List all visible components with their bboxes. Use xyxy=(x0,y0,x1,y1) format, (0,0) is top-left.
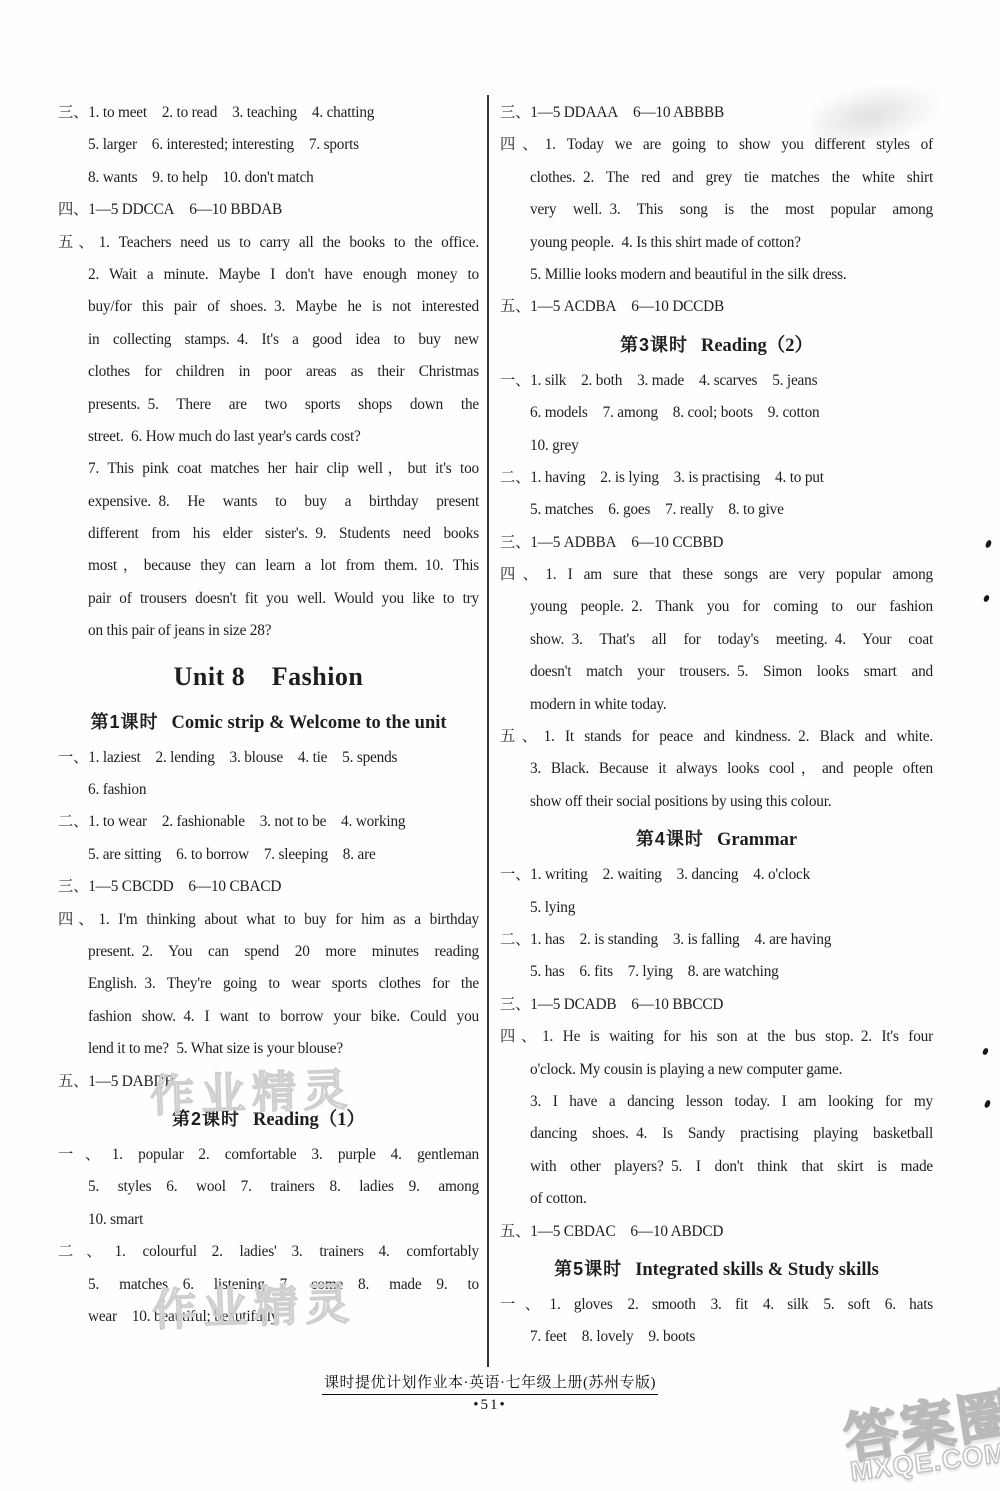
answer-line: 二、1. colourful 2. ladies' 3. trainers 4.… xyxy=(58,1236,479,1268)
scan-mark-artifact xyxy=(982,1047,989,1055)
answer-line: 6. models 7. among 8. cool; boots 9. cot… xyxy=(500,397,933,429)
answer-paragraph: 三、1—5 DDAAA 6—10 ABBBB xyxy=(500,97,933,129)
answer-line: o'clock. My cousin is playing a new comp… xyxy=(500,1054,933,1086)
answer-paragraph: 五、1—5 ACDBA 6—10 DCCDB xyxy=(500,291,933,323)
answer-line: 二、1. having 2. is lying 3. is practising… xyxy=(500,462,933,494)
answer-line: 五、1—5 CBDAC 6—10 ABDCD xyxy=(500,1216,933,1248)
answer-line: 7. feet 8. lovely 9. boots xyxy=(500,1321,933,1353)
answer-line: lend it to me? 5. What size is your blou… xyxy=(58,1033,479,1065)
answer-line: young people. 2. Thank you for coming to… xyxy=(500,591,933,623)
lesson-heading: 第5课时Integrated skills & Study skills xyxy=(500,1248,933,1289)
footer-page-number: •51• xyxy=(298,1397,682,1414)
column-divider-line xyxy=(487,95,489,1367)
footer-book-title: 课时提优计划作业本·英语·七年级上册(苏州专版) xyxy=(322,1371,658,1395)
lesson-heading: 第2课时Reading（1） xyxy=(58,1098,479,1139)
answer-line: most，because they can learn a lot from t… xyxy=(58,550,479,582)
answer-line: different from his elder sister's. 9. St… xyxy=(58,518,479,550)
answer-paragraph: 二、1. has 2. is standing 3. is falling 4.… xyxy=(500,924,933,989)
answer-line: 5. larger 6. interested; interesting 7. … xyxy=(58,129,479,161)
lesson-heading-en: Integrated skills & Study skills xyxy=(635,1260,879,1280)
lesson-heading-en: Reading（2） xyxy=(701,336,813,356)
answer-line: dancing shoes. 4. Is Sandy practising pl… xyxy=(500,1118,933,1150)
answer-line: show off their social positions by using… xyxy=(500,786,933,818)
answer-paragraph: 三、1—5 DCADB 6—10 BBCCD xyxy=(500,989,933,1021)
answer-line: clothes for children in poor areas as th… xyxy=(58,356,479,388)
answer-line: very well. 3. This song is the most popu… xyxy=(500,194,933,226)
answer-paragraph: 五、1—5 DABDB xyxy=(58,1066,479,1098)
answer-line: 3. I have a dancing lesson today. I am l… xyxy=(500,1086,933,1118)
answer-line: 四、1. He is waiting for his son at the bu… xyxy=(500,1021,933,1053)
answer-line: young people. 4. Is this shirt made of c… xyxy=(500,227,933,259)
answer-line: 一、1. writing 2. waiting 3. dancing 4. o'… xyxy=(500,859,933,891)
answer-line: 三、1—5 CBCDD 6—10 CBACD xyxy=(58,871,479,903)
answer-line: 6. fashion xyxy=(58,774,479,806)
answer-line: doesn't match your trousers. 5. Simon lo… xyxy=(500,656,933,688)
answer-line: 三、1—5 DCADB 6—10 BBCCD xyxy=(500,989,933,1021)
answer-line: present. 2. You can spend 20 more minute… xyxy=(58,936,479,968)
answer-line: 一、1. popular 2. comfortable 3. purple 4.… xyxy=(58,1139,479,1171)
answer-paragraph: 五、1—5 CBDAC 6—10 ABDCD xyxy=(500,1216,933,1248)
answer-line: buy/for this pair of shoes. 3. Maybe he … xyxy=(58,291,479,323)
answer-line: 一、1. silk 2. both 3. made 4. scarves 5. … xyxy=(500,365,933,397)
answer-line: presents. 5. There are two sports shops … xyxy=(58,389,479,421)
answer-line: 五、1. It stands for peace and kindness. 2… xyxy=(500,721,933,753)
answer-paragraph: 三、1. to meet 2. to read 3. teaching 4. c… xyxy=(58,97,479,194)
answer-paragraph: 三、1—5 ADBBA 6—10 CCBBD xyxy=(500,527,933,559)
answer-line: 四、1—5 DDCCA 6—10 BBDAB xyxy=(58,194,479,226)
lesson-heading-en: Reading（1） xyxy=(253,1110,365,1130)
answer-line: expensive. 8. He wants to buy a birthday… xyxy=(58,486,479,518)
answer-line: of cotton. xyxy=(500,1183,933,1215)
answer-line: clothes. 2. The red and grey tie matches… xyxy=(500,162,933,194)
answer-line: street. 6. How much do last year's cards… xyxy=(58,421,479,453)
answer-line: 5. has 6. fits 7. lying 8. are watching xyxy=(500,956,933,988)
answer-line: fashion show. 4. I want to borrow your b… xyxy=(58,1001,479,1033)
lesson-heading-zh: 第3课时 xyxy=(620,335,688,355)
answer-line: on this pair of jeans in size 28? xyxy=(58,615,479,647)
scan-mark-artifact xyxy=(985,539,992,548)
scan-mark-artifact xyxy=(983,594,990,602)
answer-line: 四、1. Today we are going to show you diff… xyxy=(500,129,933,161)
answer-paragraph: 二、1. having 2. is lying 3. is practising… xyxy=(500,462,933,527)
lesson-heading-zh: 第5课时 xyxy=(554,1259,622,1279)
answer-paragraph: 三、1—5 CBCDD 6—10 CBACD xyxy=(58,871,479,903)
answer-line: 10. smart xyxy=(58,1204,479,1236)
answer-line: with other players? 5. I don't think tha… xyxy=(500,1151,933,1183)
footer: 课时提优计划作业本·英语·七年级上册(苏州专版) •51• xyxy=(298,1371,682,1414)
answer-column-left: 三、1. to meet 2. to read 3. teaching 4. c… xyxy=(58,97,479,1333)
answer-column-right: 三、1—5 DDAAA 6—10 ABBBB四、1. Today we are … xyxy=(500,97,933,1354)
answer-line: 二、1. to wear 2. fashionable 3. not to be… xyxy=(58,806,479,838)
answer-line: 三、1—5 ADBBA 6—10 CCBBD xyxy=(500,527,933,559)
scanned-answer-page: 三、1. to meet 2. to read 3. teaching 4. c… xyxy=(0,0,1000,1491)
answer-paragraph: 一、1. gloves 2. smooth 3. fit 4. silk 5. … xyxy=(500,1289,933,1354)
answer-line: 5. matches 6. goes 7. really 8. to give xyxy=(500,494,933,526)
answer-line: 三、1—5 DDAAA 6—10 ABBBB xyxy=(500,97,933,129)
answer-paragraph: 一、1. silk 2. both 3. made 4. scarves 5. … xyxy=(500,365,933,462)
answer-paragraph: 一、1. popular 2. comfortable 3. purple 4.… xyxy=(58,1139,479,1236)
answer-paragraph: 一、1. laziest 2. lending 3. blouse 4. tie… xyxy=(58,742,479,807)
answer-line: show. 3. That's all for today's meeting.… xyxy=(500,624,933,656)
answer-paragraph: 二、1. to wear 2. fashionable 3. not to be… xyxy=(58,806,479,871)
lesson-heading-zh: 第2课时 xyxy=(172,1109,240,1129)
lesson-heading: 第3课时Reading（2） xyxy=(500,324,933,365)
answer-line: 五、1. Teachers need us to carry all the b… xyxy=(58,227,479,259)
lesson-heading: 第4课时Grammar xyxy=(500,818,933,859)
answer-paragraph: 四、1. Today we are going to show you diff… xyxy=(500,129,933,291)
lesson-heading-zh: 第4课时 xyxy=(636,829,704,849)
answer-paragraph: 四、1. I'm thinking about what to buy for … xyxy=(58,904,479,1066)
unit-heading: Unit 8 Fashion xyxy=(58,648,479,701)
lesson-heading: 第1课时Comic strip & Welcome to the unit xyxy=(58,701,479,742)
answer-paragraph: 二、1. colourful 2. ladies' 3. trainers 4.… xyxy=(58,1236,479,1333)
answer-line: 7. This pink coat matches her hair clip … xyxy=(58,453,479,485)
answer-line: 四、1. I'm thinking about what to buy for … xyxy=(58,904,479,936)
answer-line: 三、1. to meet 2. to read 3. teaching 4. c… xyxy=(58,97,479,129)
lesson-heading-en: Comic strip & Welcome to the unit xyxy=(171,713,446,733)
answer-line: 五、1—5 ACDBA 6—10 DCCDB xyxy=(500,291,933,323)
answer-line: 5. matches 6. listening 7. come 8. made … xyxy=(58,1269,479,1301)
answer-line: 四、1. I am sure that these songs are very… xyxy=(500,559,933,591)
answer-line: modern in white today. xyxy=(500,689,933,721)
answer-paragraph: 四、1. I am sure that these songs are very… xyxy=(500,559,933,721)
answer-paragraph: 四、1—5 DDCCA 6—10 BBDAB xyxy=(58,194,479,226)
answer-line: 5. styles 6. wool 7. trainers 8. ladies … xyxy=(58,1171,479,1203)
answer-paragraph: 五、1. It stands for peace and kindness. 2… xyxy=(500,721,933,818)
answer-line: 10. grey xyxy=(500,430,933,462)
answer-paragraph: 一、1. writing 2. waiting 3. dancing 4. o'… xyxy=(500,859,933,924)
scan-mark-artifact xyxy=(984,1099,991,1108)
answer-line: 2. Wait a minute. Maybe I don't have eno… xyxy=(58,259,479,291)
answer-line: 5. lying xyxy=(500,892,933,924)
answer-paragraph: 五、1. Teachers need us to carry all the b… xyxy=(58,227,479,648)
answer-line: English. 3. They're going to wear sports… xyxy=(58,968,479,1000)
answer-line: 5. Millie looks modern and beautiful in … xyxy=(500,259,933,291)
answer-line: 5. are sitting 6. to borrow 7. sleeping … xyxy=(58,839,479,871)
answer-line: 二、1. has 2. is standing 3. is falling 4.… xyxy=(500,924,933,956)
answer-line: 一、1. laziest 2. lending 3. blouse 4. tie… xyxy=(58,742,479,774)
lesson-heading-en: Grammar xyxy=(717,830,797,850)
answer-line: pair of trousers doesn't fit you well. W… xyxy=(58,583,479,615)
answer-line: 五、1—5 DABDB xyxy=(58,1066,479,1098)
answer-line: 一、1. gloves 2. smooth 3. fit 4. silk 5. … xyxy=(500,1289,933,1321)
answer-line: wear 10. beautiful; beautifully xyxy=(58,1301,479,1333)
lesson-heading-zh: 第1课时 xyxy=(90,712,158,732)
answer-line: in collecting stamps. 4. It's a good ide… xyxy=(58,324,479,356)
answer-line: 3. Black. Because it always looks cool，a… xyxy=(500,753,933,785)
answer-paragraph: 四、1. He is waiting for his son at the bu… xyxy=(500,1021,933,1215)
answer-line: 8. wants 9. to help 10. don't match xyxy=(58,162,479,194)
